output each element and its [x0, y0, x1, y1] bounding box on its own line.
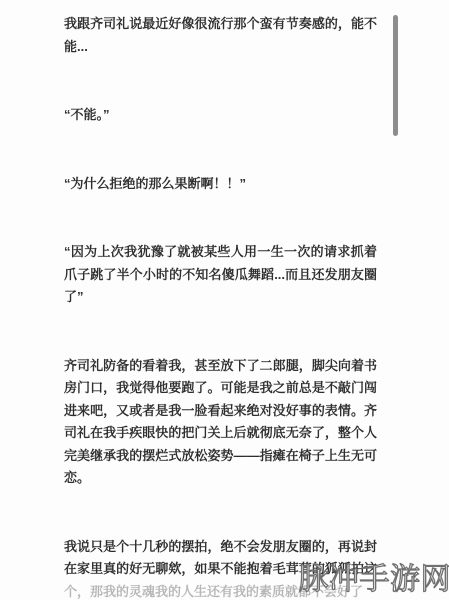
story-text-column: 我跟齐司礼说最近好像很流行那个蛮有节奏感的，能不能... “不能。” “为什么拒…	[64, 13, 377, 600]
story-paragraph: 我跟齐司礼说最近好像很流行那个蛮有节奏感的，能不能...	[64, 13, 377, 58]
story-paragraph: 我说只是个十几秒的摆拍，绝不会发朋友圈的，再说封在家里真的好无聊欸，如果不能抱着…	[64, 536, 377, 600]
scrollbar-thumb[interactable]	[393, 15, 398, 136]
story-paragraph: “因为上次我犹豫了就被某些人用一生一次的请求抓着爪子跳了半个小时的不知名傻瓜舞蹈…	[64, 241, 377, 309]
story-paragraph-faded-part: 个，那我的灵魂我的人生还有我的素质就都不会好了	[64, 584, 363, 599]
story-paragraph: “为什么拒绝的那么果断啊！！”	[64, 173, 377, 196]
story-paragraph: 齐司礼防备的看着我，甚至放下了二郎腿，脚尖向着书房门口，我觉得他要跑了。可能是我…	[64, 355, 377, 490]
story-paragraph: “不能。”	[64, 104, 377, 127]
story-paragraph-visible-part: 我说只是个十几秒的摆拍，绝不会发朋友圈的，再说封在家里真的好无聊欸，如果不能抱着…	[64, 539, 377, 577]
reader-page: 我跟齐司礼说最近好像很流行那个蛮有节奏感的，能不能... “不能。” “为什么拒…	[0, 0, 449, 600]
scrollbar-track	[389, 0, 401, 600]
